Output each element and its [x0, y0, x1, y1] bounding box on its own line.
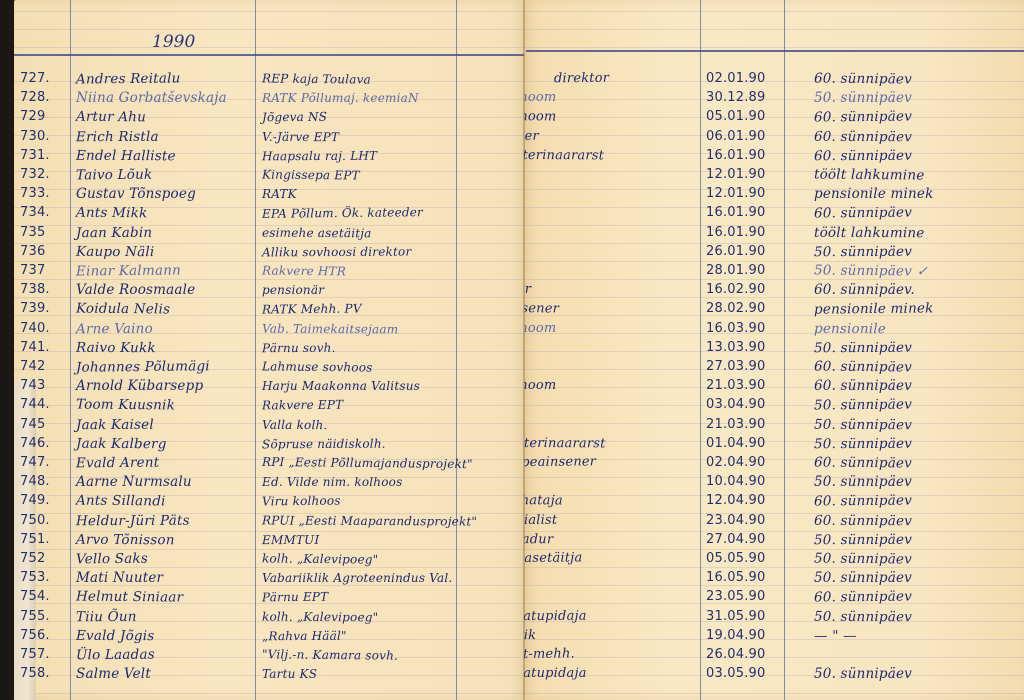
entry-number: 735	[20, 224, 45, 242]
entry-note: 60. sünnipäev	[814, 453, 912, 472]
entry-note: töölt lahkumine	[814, 165, 925, 184]
entry-number: 758.	[20, 665, 50, 683]
entry-note: pensionile minek	[814, 300, 934, 319]
entry-note: 60. sünnipäev	[814, 511, 912, 530]
entry-name: Jaak Kalberg	[76, 435, 167, 453]
entry-date: 28.01.90	[706, 262, 766, 280]
entry-date: 02.01.90	[706, 70, 766, 88]
entry-name: Raivo Kukk	[76, 339, 156, 357]
entry-workplace: Rakvere HTR	[262, 262, 346, 281]
entry-name: Artur Ahu	[76, 108, 146, 127]
entry-name: Koidula Nelis	[76, 300, 170, 319]
entry-date: 01.04.90	[706, 435, 766, 453]
entry-note: 50. sünnipäev	[814, 243, 912, 262]
header-rule	[14, 54, 524, 56]
entry-name: Toom Kuusnik	[76, 396, 175, 415]
entry-name: Vello Saks	[76, 550, 148, 569]
entry-workplace: Pärnu EPT	[262, 588, 329, 607]
entry-position: juhtiv veterinaararst	[524, 146, 604, 165]
entry-name: Salme Velt	[76, 665, 151, 683]
entry-position: direktor	[554, 70, 609, 89]
entry-date: 28.02.90	[706, 300, 766, 318]
entry-number: 746.	[20, 435, 50, 453]
entry-date: 03.04.90	[706, 396, 766, 414]
entry-note: 60. sünnipäev	[814, 377, 912, 395]
entry-date: 23.05.90	[706, 588, 766, 606]
entry-name: Aarne Nurmsalu	[76, 473, 192, 491]
entry-number: 751.	[20, 531, 50, 549]
entry-workplace: RATK	[262, 185, 297, 203]
entry-workplace: Sõpruse näidiskolh.	[262, 434, 386, 453]
entry-workplace: esimehe asetäitja	[262, 223, 372, 242]
column-divider-number	[70, 0, 71, 700]
entry-position: esimehe asetäitja	[524, 549, 582, 568]
entry-name: Arvo Tõnisson	[76, 531, 175, 550]
entry-number: 734.	[20, 204, 50, 222]
entry-number: 757.	[20, 646, 50, 664]
entry-number: 738.	[20, 281, 50, 299]
entry-position: peaagronoom	[524, 89, 556, 107]
entry-name: Ants Sillandi	[76, 492, 166, 511]
entry-workplace: kolh. „Kalevipoeg"	[262, 607, 378, 626]
entry-date: 16.01.90	[706, 204, 766, 222]
entry-position: peaagronoom	[524, 319, 556, 337]
entry-note: 60. sünnipäev.	[814, 281, 915, 299]
entry-name: Arnold Kübarsepp	[76, 377, 203, 395]
entry-note: 50. sünnipäev	[814, 339, 912, 358]
entry-note: pensionile	[814, 319, 886, 337]
entry-position: peaspetsialist	[524, 511, 557, 529]
entry-note: 50. sünnipäev	[814, 89, 912, 107]
entry-note: 50. sünnipäev	[814, 435, 912, 454]
entry-number: 742	[20, 358, 45, 376]
entry-date: 30.12.89	[706, 89, 766, 107]
column-divider-date	[784, 0, 785, 700]
header-rule	[526, 50, 1024, 52]
entry-name: Johannes Põlumägi	[76, 357, 210, 376]
entry-note: 50. sünnipäev ✓	[814, 261, 928, 280]
entry-note: 50. sünnipäev	[814, 665, 912, 683]
entry-name: Kaupo Näli	[76, 243, 154, 261]
entry-name: Gustav Tõnspoeg	[76, 185, 196, 203]
entry-workplace: Viru kolhoos	[262, 492, 341, 511]
entry-date: 16.03.90	[706, 320, 766, 338]
entry-note: 50. sünnipäev	[814, 569, 912, 587]
entry-workplace: EPA Põllum. Ök. kateeder	[262, 204, 423, 224]
page-fold	[523, 0, 525, 700]
entry-date: 16.05.90	[706, 569, 766, 587]
entry-date: 12.01.90	[706, 185, 766, 203]
entry-position: vanemveterinaararst	[524, 434, 606, 453]
entry-number: 750.	[20, 512, 50, 530]
entry-date: 05.05.90	[706, 550, 766, 568]
entry-workplace: Lahmuse sovhoos	[262, 357, 373, 376]
entry-number: 745	[20, 416, 45, 434]
entry-number: 753.	[20, 569, 50, 587]
entry-position: peaagronoom	[524, 377, 556, 395]
entry-workplace: Jõgeva NS	[262, 108, 327, 127]
entry-workplace: Kingissepa EPT	[262, 165, 360, 184]
entry-name: Evald Jõgis	[76, 627, 155, 645]
entry-number: 730.	[20, 128, 50, 146]
entry-number: 747.	[20, 454, 50, 472]
ruled-lines	[524, 0, 1024, 700]
column-divider-workplace	[456, 0, 457, 700]
entry-note: — " —	[814, 627, 857, 645]
entry-date: 19.04.90	[706, 627, 766, 645]
column-divider-name	[255, 0, 256, 700]
entry-note: 50. sünnipäev	[814, 607, 912, 626]
entry-number: 740.	[20, 320, 50, 338]
entry-number: 755.	[20, 608, 50, 626]
entry-date: 06.01.90	[706, 128, 766, 146]
entry-workplace: Harju Maakonna Valitsus	[262, 377, 420, 395]
entry-position: traktorist-mehh.	[524, 645, 575, 664]
entry-number: 729	[20, 108, 45, 126]
entry-note: 50. sünnipäev	[814, 549, 912, 568]
entry-name: Taivo Lõuk	[76, 166, 153, 185]
entry-name: Tiiu Õun	[76, 607, 137, 625]
entry-name: Jaan Kabin	[76, 223, 152, 241]
entry-date: 23.04.90	[706, 512, 766, 530]
entry-position: peaagronoom	[524, 108, 557, 127]
entry-number: 737	[20, 262, 45, 280]
entry-number: 741.	[20, 339, 50, 357]
entry-date: 10.04.90	[706, 473, 766, 491]
entry-workplace: Rakvere EPT	[262, 396, 343, 415]
entry-number: 744.	[20, 396, 50, 414]
entry-number: 732.	[20, 166, 50, 184]
entry-date: 05.01.90	[706, 108, 766, 126]
entry-workplace: V.-Järve EPT	[262, 127, 339, 145]
entry-name: Jaak Kaisel	[76, 415, 154, 433]
entry-date: 26.01.90	[706, 243, 766, 261]
entry-workplace: pensionär	[262, 281, 324, 299]
entry-name: Andres Reitalu	[76, 69, 181, 88]
entry-date: 16.01.90	[706, 224, 766, 242]
entry-name: Arne Vaino	[76, 319, 153, 337]
entry-position: projekt. peainsener	[524, 453, 596, 472]
entry-date: 13.03.90	[706, 339, 766, 357]
entry-note: 60. sünnipäev	[814, 69, 912, 88]
entry-note: töölt lahkumine	[814, 223, 925, 242]
entry-note: pensionile minek	[814, 185, 934, 203]
entry-workplace: RATK Põllumaj. keemiaN	[262, 89, 419, 107]
entry-number: 728.	[20, 89, 50, 107]
entry-workplace: Ed. Vilde nim. kolhoos	[262, 473, 402, 491]
entry-workplace: kolh. „Kalevipoeg"	[262, 549, 379, 568]
entry-name: Ants Mikk	[76, 204, 148, 223]
entry-workplace: Vab. Taimekaitsejaam	[262, 319, 398, 338]
entry-number: 749.	[20, 492, 50, 510]
entry-date: 26.04.90	[706, 646, 766, 664]
entry-name: Ülo Laadas	[76, 646, 155, 665]
entry-date: 27.03.90	[706, 358, 766, 376]
entry-number: 733.	[20, 185, 50, 203]
entry-number: 748.	[20, 473, 50, 491]
entry-date: 02.04.90	[706, 454, 766, 472]
entry-name: Niina Gorbatševskaja	[76, 89, 227, 107]
entry-position: vaneminsener	[524, 300, 559, 319]
entry-workplace: Vabariiklik Agroteenindus Val.	[262, 569, 452, 587]
entry-workplace: Alliku sovhoosi direktor	[262, 242, 411, 261]
entry-workplace: Pärnu sovh.	[262, 339, 336, 357]
entry-note: 60. sünnipäev	[814, 588, 912, 607]
entry-date: 12.04.90	[706, 492, 766, 510]
entry-number: 739.	[20, 300, 50, 318]
entry-position: labori juhataja	[524, 492, 563, 511]
entry-note: 60. sünnipäev	[814, 147, 912, 166]
entry-name: Heldur-Jüri Päts	[76, 511, 190, 530]
entry-position: peainsener	[524, 127, 539, 145]
entry-position: pearaamatupidaja	[524, 665, 587, 683]
entry-workplace: Tartu KS	[262, 665, 317, 683]
right-page: direktor02.01.9060. sünnipäevpeaagronoom…	[524, 0, 1024, 700]
entry-position: ajakirjanik	[524, 627, 536, 645]
entry-date: 21.03.90	[706, 416, 766, 434]
entry-note: 50. sünnipäev	[814, 531, 912, 550]
entry-position: vanemteadur	[524, 531, 553, 549]
entry-note: 60. sünnipäev	[814, 108, 912, 127]
entry-date: 12.01.90	[706, 166, 766, 184]
entry-name: Einar Kalmann	[76, 261, 181, 280]
entry-date: 27.04.90	[706, 531, 766, 549]
entry-number: 754.	[20, 588, 50, 606]
entry-position: pensionär	[524, 281, 531, 299]
entry-workplace: REP kaja Toulava	[262, 69, 371, 88]
entry-name: Evald Arent	[76, 454, 159, 473]
entry-name: Helmut Siniaar	[76, 588, 183, 607]
entry-workplace: RPUI „Eesti Maaparandusprojekt"	[262, 511, 477, 530]
entry-number: 752	[20, 550, 45, 568]
column-divider-position	[700, 0, 701, 700]
entry-workplace: "Vilj.-n. Kamara sovh.	[262, 645, 398, 664]
entry-number: 731.	[20, 147, 50, 165]
entry-note: 50. sünnipäev	[814, 396, 912, 415]
entry-note: 60. sünnipäev	[814, 492, 912, 511]
entry-number: 756.	[20, 627, 50, 645]
entry-name: Erich Ristla	[76, 127, 159, 145]
entry-note: 50. sünnipäev	[814, 473, 912, 491]
entry-name: Valde Roosmaale	[76, 281, 195, 299]
entry-workplace: EMMTUI	[262, 531, 319, 549]
entry-date: 31.05.90	[706, 608, 766, 626]
entry-number: 736	[20, 243, 45, 261]
entry-date: 03.05.90	[706, 665, 766, 683]
entry-number: 727.	[20, 70, 50, 88]
entry-name: Endel Halliste	[76, 147, 176, 166]
entry-date: 16.02.90	[706, 281, 766, 299]
entry-note: 60. sünnipäev	[814, 204, 912, 223]
entry-number: 743	[20, 377, 45, 395]
entry-position: pearaamatupidaja	[524, 607, 587, 626]
year-heading: 1990	[152, 32, 195, 52]
entry-workplace: Haapsalu raj. LHT	[262, 146, 377, 165]
left-page: 1990 727.Andres ReitaluREP kaja Toulava7…	[14, 0, 524, 700]
entry-workplace: RPI „Eesti Põllumajandusprojekt"	[262, 453, 473, 473]
entry-workplace: „Rahva Hääl"	[262, 627, 347, 645]
entry-name: Mati Nuuter	[76, 569, 163, 587]
entry-note: 60. sünnipäev	[814, 127, 912, 146]
entry-workplace: Valla kolh.	[262, 415, 328, 433]
entry-note: 60. sünnipäev	[814, 357, 912, 376]
entry-date: 16.01.90	[706, 147, 766, 165]
entry-date: 21.03.90	[706, 377, 766, 395]
entry-note: 50. sünnipäev	[814, 415, 912, 434]
entry-workplace: RATK Mehh. PV	[262, 300, 362, 319]
